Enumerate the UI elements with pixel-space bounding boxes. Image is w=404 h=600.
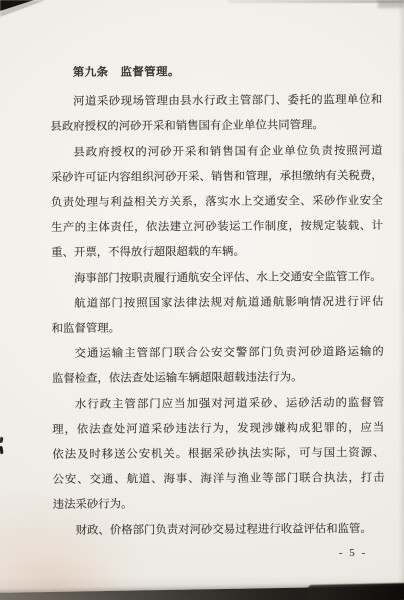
text-line: 公安、交通、航道、海事、海洋与渔业等部门联合执法，打击 [52, 466, 384, 493]
paragraphs: 河道采砂现场管理由县水行政主管部门、委托的监理单位和县政府授权的河砂开采和销售国… [50, 88, 385, 544]
text-line: 交通运输主管部门联合公安交警部门负责河砂道路运输的 [52, 340, 384, 367]
text-line: 海事部门按职责履行通航安全评估、水上交通安全监管工作。 [51, 265, 383, 292]
text-line: 采砂许可证内容组织河砂开采、销售和管理，承担缴纳有关税费， [51, 164, 383, 191]
text-line: 重、开票，不得放行超限超载的车辆。 [51, 239, 383, 266]
text-line: 和监督管理。 [52, 315, 384, 342]
left-edge-ink-mark-upper [0, 437, 4, 443]
page-number: - 5 - [328, 547, 378, 559]
document-text-block: 第九条 监督管理。 河道采砂现场管理由县水行政主管部门、委托的监理单位和县政府授… [50, 59, 385, 544]
article-heading: 第九条 监督管理。 [50, 59, 382, 86]
text-line: 水行政主管部门应当加强对河道采砂、运砂活动的监督管 [52, 391, 384, 418]
text-line: 航道部门按照国家法律法规对航道通航影响情况进行评估 [51, 290, 383, 317]
text-line: 负责处理与利益相关方关系，落实水上交通安全、采砂作业安全 [51, 189, 383, 216]
bottom-right-dark-blob [308, 583, 404, 600]
text-line: 河道采砂现场管理由县水行政主管部门、委托的监理单位和 [50, 88, 382, 115]
text-line: 监督检查，依法查处运输车辆超限超载违法行为。 [52, 365, 384, 392]
text-line: 县政府授权的河砂开采和销售国有企业单位共同管理。 [50, 113, 382, 140]
text-line: 财政、价格部门负责对河砂交易过程进行收益评估和监管。 [53, 517, 385, 544]
text-line: 违法采砂行为。 [53, 491, 385, 518]
text-line: 县政府授权的河砂开采和销售国有企业单位负责按照河道 [50, 139, 382, 166]
left-edge-ink-mark-lower [0, 446, 4, 454]
text-line: 生产的主体责任，依法建立河砂装运工作制度，按规定装载、计 [51, 214, 383, 241]
text-line: 理，依法查处河道采砂违法行为，发现涉嫌构成犯罪的，应当 [52, 416, 384, 443]
right-edge-shade [398, 0, 404, 600]
text-line: 依法及时移送公安机关。根据采砂执法实际，可与国土资源、 [52, 441, 384, 468]
scanned-document-page: 第九条 监督管理。 河道采砂现场管理由县水行政主管部门、委托的监理单位和县政府授… [0, 0, 404, 600]
